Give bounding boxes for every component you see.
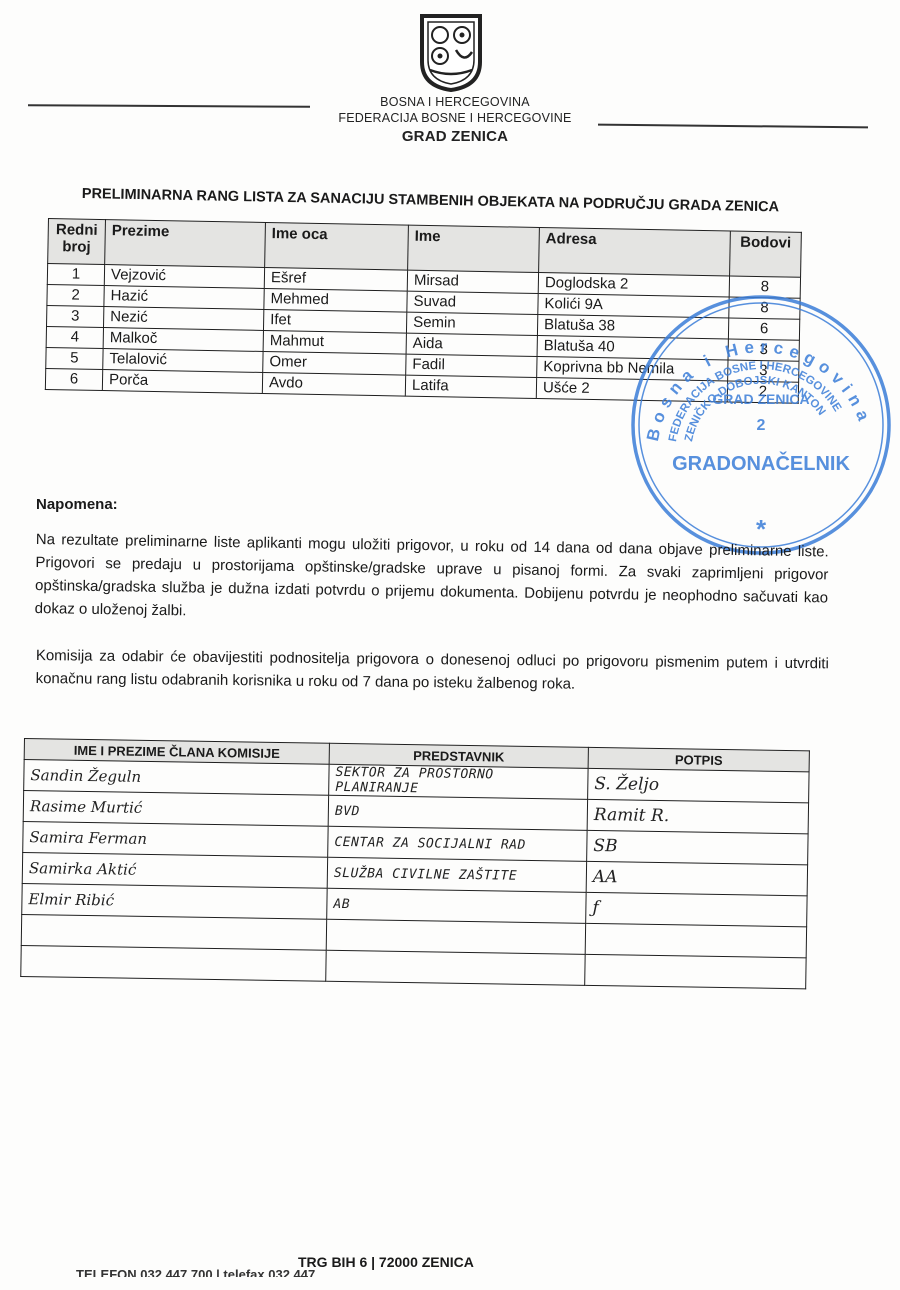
row-surname: Nezić (104, 307, 264, 331)
row-member-name (21, 914, 326, 950)
row-first-name: Mirsad (407, 270, 538, 293)
row-surname: Malkoč (103, 328, 263, 352)
header-divider-right (598, 124, 868, 129)
row-signature: SB (587, 830, 808, 864)
row-father-name: Omer (263, 351, 406, 375)
row-member-name: Samira Ferman (23, 821, 328, 857)
row-number: 6 (45, 368, 102, 390)
col-header-points: Bodovi (730, 231, 802, 277)
coat-of-arms-icon (418, 12, 484, 92)
row-first-name: Fadil (406, 354, 537, 377)
official-stamp: Bosna i Hercegovina FEDERACIJA BOSNE I H… (628, 292, 894, 558)
row-signature (585, 954, 806, 988)
notes-paragraph-commission: Komisija za odabir će obavijestiti podno… (36, 644, 829, 698)
row-member-name: Elmir Ribić (22, 883, 327, 919)
row-signature (585, 923, 806, 957)
row-signature: ƒ (586, 892, 807, 926)
row-surname: Porča (102, 370, 262, 394)
row-father-name: Mahmut (263, 330, 406, 354)
row-member-name: Samirka Aktić (22, 852, 327, 888)
row-member-name (21, 945, 326, 981)
col-header-name: Ime (408, 225, 540, 272)
row-signature: S. Željo (588, 768, 809, 802)
row-number: 4 (46, 326, 103, 348)
row-representative: Služba civilne zaštite (327, 857, 586, 892)
row-representative (326, 950, 585, 985)
stamp-inner-text: GRAD ZENICA (712, 391, 809, 407)
row-representative: BVD (328, 795, 587, 830)
footer-phone: TELEFON 032 447 700 | telefax 032 447 ..… (76, 1268, 330, 1277)
header-federation: FEDERACIJA BOSNE I HERCEGOVINE (300, 111, 610, 125)
row-first-name: Aida (406, 333, 537, 356)
col-header-no: Redni broj (48, 219, 106, 265)
row-first-name: Suvad (407, 291, 538, 314)
row-father-name: Ešref (264, 267, 407, 291)
notes-paragraph-objection: Na rezultate preliminarne liste aplikant… (35, 528, 829, 632)
stamp-label: GRADONAČELNIK (672, 451, 850, 475)
row-member-name: Sandin Žeguln (24, 760, 329, 796)
row-representative: Sektor za prostorno planiranje (329, 764, 588, 799)
row-number: 1 (47, 264, 104, 286)
row-father-name: Avdo (262, 372, 405, 396)
row-first-name: Semin (406, 312, 537, 335)
commission-table-container: IME I PREZIME ČLANA KOMISIJE PREDSTAVNIK… (20, 738, 810, 989)
notes-heading: Napomena: (36, 496, 118, 513)
row-signature: AA (586, 861, 807, 895)
header-country: BOSNA I HERCEGOVINA (300, 95, 610, 109)
row-signature: Ramit R. (587, 799, 808, 833)
col-header-address: Adresa (539, 228, 731, 276)
row-surname: Vejzović (104, 265, 264, 289)
row-representative: AB (327, 888, 586, 923)
row-representative: Centar za socijalni rad (328, 826, 587, 861)
row-number: 3 (47, 305, 104, 327)
row-surname: Hazić (104, 286, 264, 310)
document-title: PRELIMINARNA RANG LISTA ZA SANACIJU STAM… (82, 186, 812, 216)
commission-table: IME I PREZIME ČLANA KOMISIJE PREDSTAVNIK… (20, 738, 810, 989)
stamp-number: 2 (757, 417, 766, 434)
col-header-father: Ime oca (265, 222, 409, 270)
row-representative (326, 919, 585, 954)
col-header-surname: Prezime (105, 220, 266, 268)
row-number: 5 (46, 347, 103, 369)
row-surname: Telalović (103, 349, 263, 373)
row-member-name: Rasime Murtić (23, 791, 328, 827)
row-number: 2 (47, 284, 104, 306)
row-first-name: Latifa (405, 375, 536, 398)
row-father-name: Ifet (263, 309, 406, 333)
header-city: GRAD ZENICA (300, 128, 610, 145)
header-divider-left (28, 104, 310, 107)
row-father-name: Mehmed (264, 288, 407, 312)
